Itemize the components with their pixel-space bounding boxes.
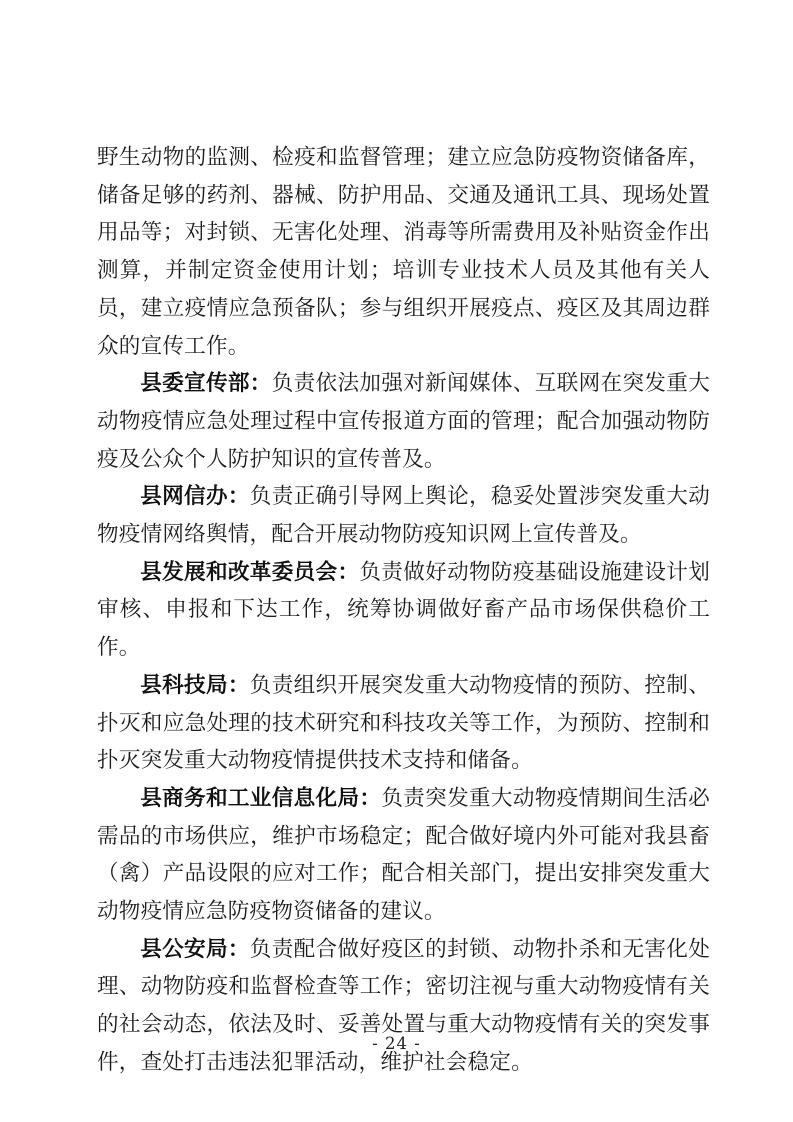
paragraph-commerce-industry-bureau: 县商务和工业信息化局：负责突发重大动物疫情期间生活必需品的市场供应，维护市场稳定… — [97, 780, 710, 931]
paragraph-development-reform-commission: 县发展和改革委员会：负责做好动物防疫基础设施建设计划审核、申报和下达工作，统筹协… — [97, 554, 710, 667]
department-heading: 县网信办： — [140, 484, 250, 509]
document-body: 野生动物的监测、检疫和监督管理；建立应急防疫物资储备库，储备足够的药剂、器械、防… — [97, 139, 710, 1082]
department-heading: 县委宣传部： — [140, 371, 272, 396]
department-heading: 县科技局： — [140, 673, 250, 698]
paragraph-text: 野生动物的监测、检疫和监督管理；建立应急防疫物资储备库，储备足够的药剂、器械、防… — [97, 145, 710, 359]
department-heading: 县商务和工业信息化局： — [140, 786, 381, 811]
paragraph-cyberspace-office: 县网信办：负责正确引导网上舆论，稳妥处置涉突发重大动物疫情网络舆情，配合开展动物… — [97, 478, 710, 553]
paragraph-continuation: 野生动物的监测、检疫和监督管理；建立应急防疫物资储备库，储备足够的药剂、器械、防… — [97, 139, 710, 365]
paragraph-public-security-bureau: 县公安局：负责配合做好疫区的封锁、动物扑杀和无害化处理、动物防疫和监督检查等工作… — [97, 931, 710, 1082]
paragraph-science-tech-bureau: 县科技局：负责组织开展突发重大动物疫情的预防、控制、扑灭和应急处理的技术研究和科… — [97, 667, 710, 780]
department-heading: 县公安局： — [140, 937, 250, 962]
document-page: 野生动物的监测、检疫和监督管理；建立应急防疫物资储备库，储备足够的药剂、器械、防… — [0, 0, 793, 1122]
paragraph-propaganda-dept: 县委宣传部：负责依法加强对新闻媒体、互联网在突发重大动物疫情应急处理过程中宣传报… — [97, 365, 710, 478]
department-heading: 县发展和改革委员会： — [140, 560, 359, 585]
page-number: - 24 - — [0, 1034, 793, 1053]
